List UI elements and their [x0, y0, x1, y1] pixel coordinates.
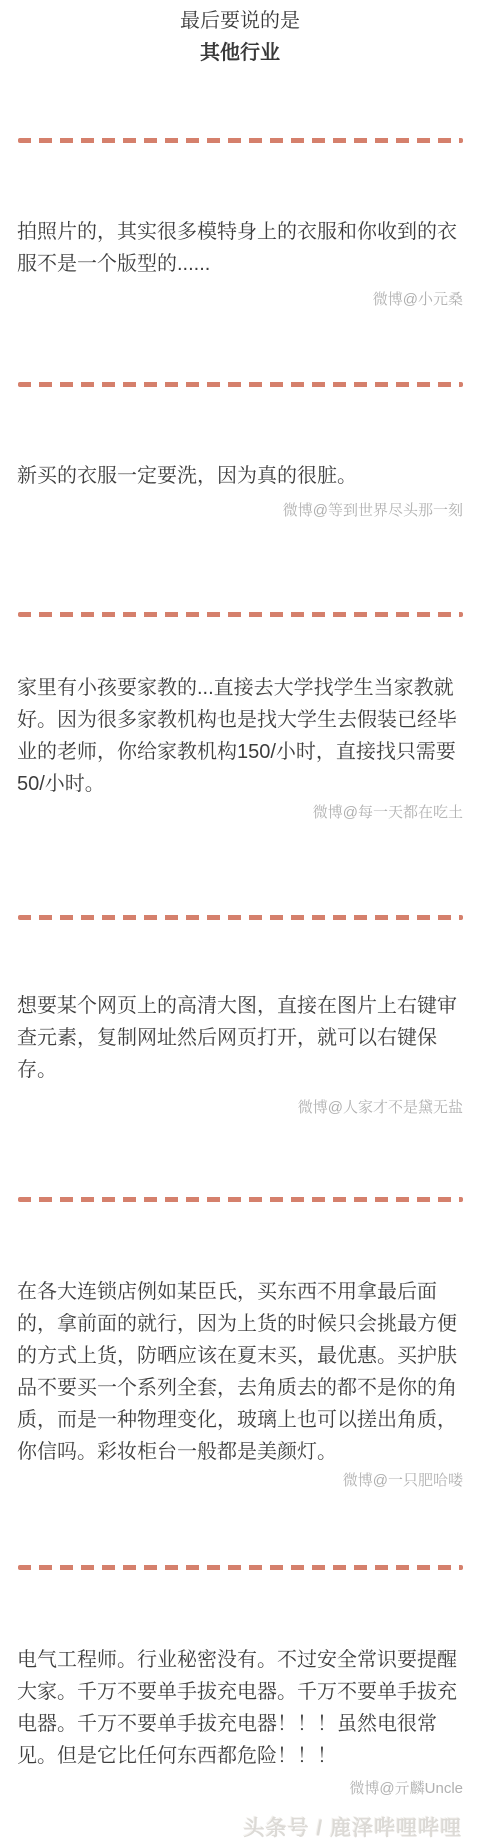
tip-attribution: 微博@每一天都在吃土 [17, 802, 463, 824]
page-title-intro: 最后要说的是 [0, 8, 480, 34]
dashed-divider [18, 138, 463, 143]
tip-text: 在各大连锁店例如某臣氏，买东西不用拿最后面的，拿前面的就行，因为上货的时候只会挑… [17, 1276, 463, 1468]
tip-attribution: 微博@小元桑 [17, 289, 463, 311]
tip-text: 想要某个网页上的高清大图，直接在图片上右键审查元素，复制网址然后网页打开，就可以… [17, 990, 463, 1086]
dashed-divider [18, 915, 463, 920]
tip-attribution: 微博@人家才不是黛无盐 [17, 1097, 463, 1119]
tip-attribution: 微博@亓麟Uncle [17, 1778, 463, 1800]
page-title-category: 其他行业 [0, 40, 480, 66]
tip-text: 家里有小孩要家教的...直接去大学找学生当家教就好。因为很多家教机构也是找大学生… [17, 672, 463, 800]
dashed-divider [18, 612, 463, 617]
tip-attribution: 微博@一只肥哈喽 [17, 1470, 463, 1492]
dashed-divider [18, 382, 463, 387]
toutiao-watermark: 头条号 / 鹿泽哔哩哔哩 [243, 1812, 462, 1842]
tip-text: 拍照片的，其实很多模特身上的衣服和你收到的衣服不是一个版型的...... [17, 216, 463, 280]
article-page: 最后要说的是 其他行业 拍照片的，其实很多模特身上的衣服和你收到的衣服不是一个版… [0, 0, 480, 1846]
dashed-divider [18, 1197, 463, 1202]
tip-text: 新买的衣服一定要洗，因为真的很脏。 [17, 460, 463, 492]
dashed-divider [18, 1565, 463, 1570]
tip-text: 电气工程师。行业秘密没有。不过安全常识要提醒大家。千万不要单手拔充电器。千万不要… [17, 1644, 463, 1772]
tip-attribution: 微博@等到世界尽头那一刻 [17, 500, 463, 522]
